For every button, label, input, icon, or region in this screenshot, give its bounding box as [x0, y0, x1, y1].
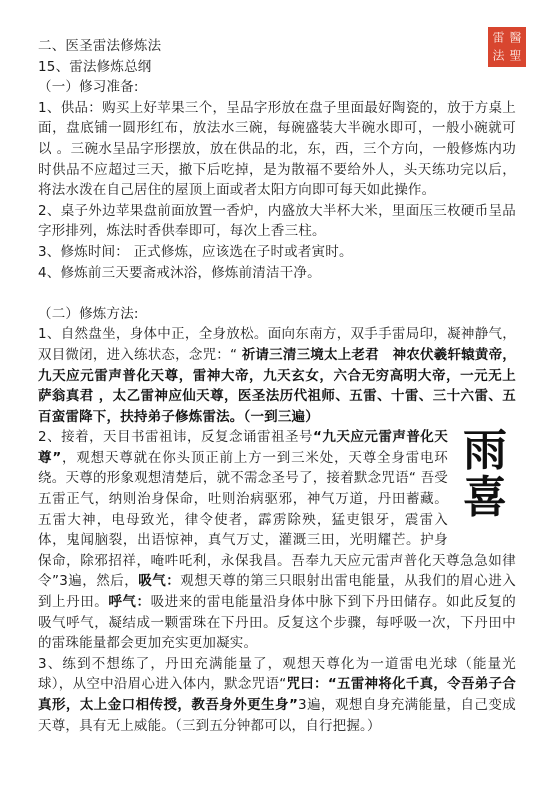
text-run: （二）修炼方法: — [38, 306, 139, 322]
watermark-text: 雨喜 — [454, 427, 516, 545]
document-page: 雷 醫 法 聖 二、医圣雷法修炼法15、雷法修炼总纲 （一）修习准备:1、供品：… — [0, 0, 541, 786]
paragraph: 雨喜2、接着，天目书雷祖讳，反复念诵雷祖圣号“九天应元雷声普化天尊”，观想天尊就… — [38, 427, 516, 654]
paragraph: 3、修炼时间： 正式修炼，应该选在子时或者寅时。 — [38, 242, 516, 263]
paragraph: 3、练到不想练了，丹田充满能量了，观想天尊化为一道雷电光球（能量光球），从空中沿… — [38, 654, 516, 736]
bold-text-run: 吸气： — [138, 573, 180, 589]
text-run: 1、供品：购买上好苹果三个，呈品字形放在盘子里面最好陶瓷的，放于方桌上面，盘底铺… — [38, 100, 516, 198]
document-body: 二、医圣雷法修炼法15、雷法修炼总纲 （一）修习准备:1、供品：购买上好苹果三个… — [38, 36, 516, 736]
blank-line — [38, 283, 516, 304]
paragraph: 15、雷法修炼总纲 — [38, 57, 516, 78]
text-run: （一）修习准备: — [38, 79, 139, 95]
paragraph: 4、修炼前三天要斋戒沐浴，修炼前清洁干净。 — [38, 263, 516, 284]
watermark-char: 雨 — [463, 427, 507, 474]
paragraph: 1、自然盘坐，身体中正，全身放松。面向东南方，双手手雷局印，凝神静气，双目微闭，… — [38, 324, 516, 427]
text-run: 2、接着，天目书雷祖讳，反复念诵雷祖圣号 — [38, 429, 313, 445]
paragraph: 1、供品：购买上好苹果三个，呈品字形放在盘子里面最好陶瓷的，放于方桌上面，盘底铺… — [38, 98, 516, 201]
paragraph: （二）修炼方法: — [38, 304, 516, 325]
text-run: 3、修炼时间： 正式修炼，应该选在子时或者寅时。 — [38, 244, 353, 260]
text-run: 4、修炼前三天要斋戒沐浴，修炼前清洁干净。 — [38, 265, 321, 281]
paragraph: 二、医圣雷法修炼法 — [38, 36, 516, 57]
paragraph: 2、桌子外边苹果盘前面放置一香炉，内盛放大半杯大米，里面压三枚硬币呈品字形排列，… — [38, 201, 516, 242]
bold-text-run: 呼气： — [108, 594, 150, 610]
paragraph: （一）修习准备: — [38, 77, 516, 98]
watermark-char: 喜 — [463, 474, 507, 521]
text-run: ，观想天尊就在你头顶正前上方一到三米处，天尊全身雷电环绕。天尊的形象观想清楚后，… — [38, 450, 516, 590]
text-run: 2、桌子外边苹果盘前面放置一香炉，内盛放大半杯大米，里面压三枚硬币呈品字形排列，… — [38, 203, 516, 240]
text-run: 15、雷法修炼总纲 — [38, 59, 151, 75]
text-run: 二、医圣雷法修炼法 — [38, 38, 161, 54]
